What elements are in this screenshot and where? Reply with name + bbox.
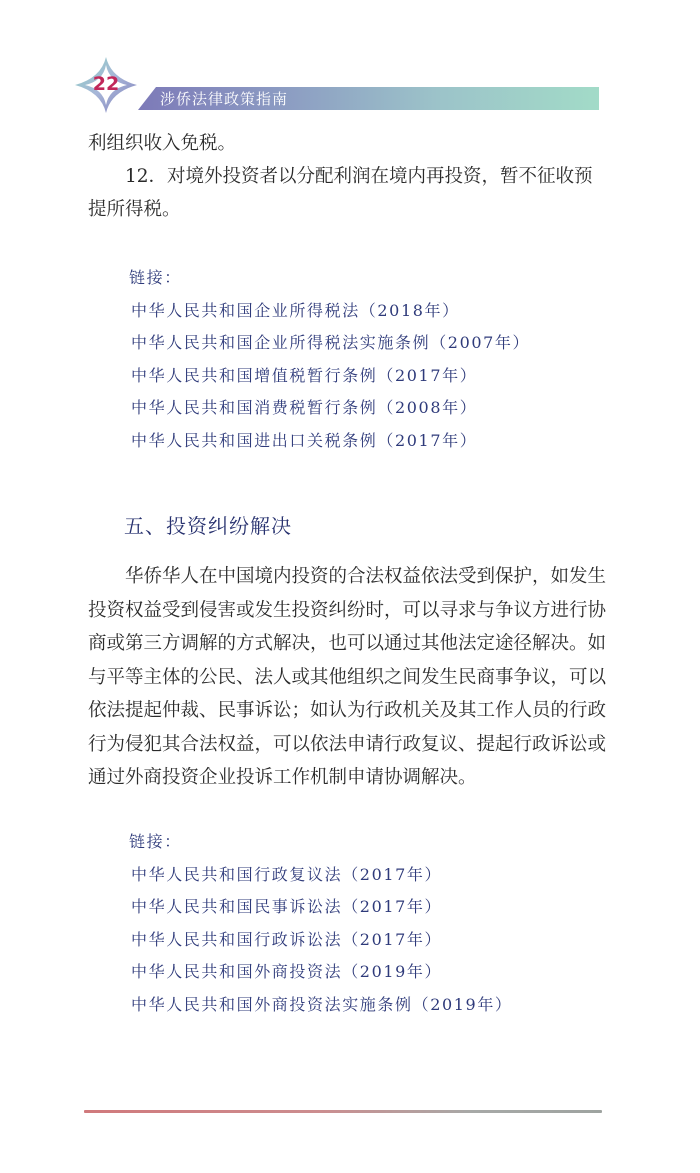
link-item[interactable]: 中华人民共和国消费税暂行条例（2008年） [131, 392, 530, 425]
continued-line: 利组织收入免税。 [88, 127, 608, 160]
link-item[interactable]: 中华人民共和国企业所得税法实施条例（2007年） [131, 327, 530, 360]
item-12: 12．对境外投资者以分配利润在境内再投资，暂不征收预提所得税。 [88, 160, 608, 226]
link-item[interactable]: 中华人民共和国民事诉讼法（2017年） [131, 891, 513, 924]
links-dispute-list: 链接： 中华人民共和国行政复议法（2017年） 中华人民共和国民事诉讼法（201… [131, 826, 513, 1021]
link-item[interactable]: 中华人民共和国企业所得税法（2018年） [131, 295, 530, 328]
section-heading: 五、投资纠纷解决 [124, 510, 292, 539]
links-tax-list: 链接： 中华人民共和国企业所得税法（2018年） 中华人民共和国企业所得税法实施… [131, 262, 530, 457]
section-paragraph: 华侨华人在中国境内投资的合法权益依法受到保护，如发生投资权益受到侵害或发生投资纠… [88, 560, 608, 795]
footer-divider [84, 1110, 602, 1113]
page-number-badge: 22 [73, 56, 139, 114]
link-item[interactable]: 中华人民共和国外商投资法（2019年） [131, 956, 513, 989]
book-title: 涉侨法律政策指南 [160, 88, 288, 110]
continuation-text: 利组织收入免税。 12．对境外投资者以分配利润在境内再投资，暂不征收预提所得税。 [88, 127, 608, 226]
links-label: 链接： [129, 268, 182, 287]
link-item[interactable]: 中华人民共和国增值税暂行条例（2017年） [131, 360, 530, 393]
page-header: 涉侨法律政策指南 22 [0, 0, 700, 120]
page-number: 22 [73, 73, 139, 95]
link-item[interactable]: 中华人民共和国行政诉讼法（2017年） [131, 924, 513, 957]
links-label: 链接： [129, 832, 182, 851]
link-item[interactable]: 中华人民共和国进出口关税条例（2017年） [131, 425, 530, 458]
link-item[interactable]: 中华人民共和国外商投资法实施条例（2019年） [131, 989, 513, 1022]
link-item[interactable]: 中华人民共和国行政复议法（2017年） [131, 859, 513, 892]
